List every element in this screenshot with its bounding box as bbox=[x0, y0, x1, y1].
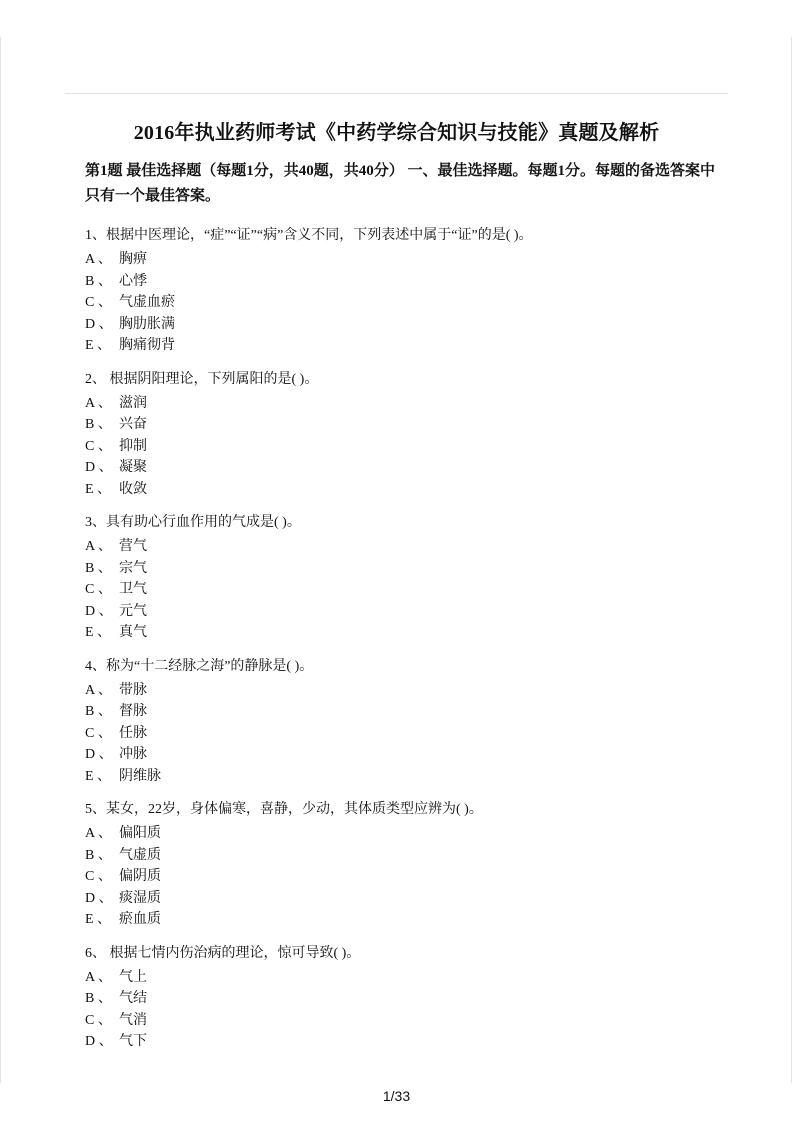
option-letter: E 、 bbox=[85, 909, 119, 931]
header-divider bbox=[65, 93, 728, 94]
question-2: 2、 根据阴阳理论，下列属阳的是( )。 A 、滋润 B 、兴奋 C 、抑制 D… bbox=[85, 369, 725, 501]
option-text: 卫气 bbox=[119, 582, 147, 597]
page-indicator: 1/33 bbox=[0, 1087, 793, 1105]
document-title: 2016年执业药师考试《中药学综合知识与技能》真题及解析 bbox=[0, 119, 793, 147]
option-letter: B 、 bbox=[85, 271, 119, 293]
option-letter: D 、 bbox=[85, 888, 119, 910]
option-letter: A 、 bbox=[85, 536, 119, 558]
option-letter: C 、 bbox=[85, 723, 119, 745]
question-stem: 1、根据中医理论，“症”“证”“病”含义不同，下列表述中属于“证”的是( )。 bbox=[85, 225, 725, 246]
option-a: A 、营气 bbox=[85, 536, 725, 558]
option-letter: D 、 bbox=[85, 457, 119, 479]
option-c: C 、卫气 bbox=[85, 579, 725, 601]
question-stem: 3、具有助心行血作用的气成是( )。 bbox=[85, 512, 725, 533]
option-letter: C 、 bbox=[85, 292, 119, 314]
option-letter: D 、 bbox=[85, 601, 119, 623]
option-b: B 、心悸 bbox=[85, 271, 725, 293]
option-text: 气虚质 bbox=[119, 848, 161, 863]
option-b: B 、宗气 bbox=[85, 558, 725, 580]
option-letter: C 、 bbox=[85, 436, 119, 458]
option-letter: E 、 bbox=[85, 622, 119, 644]
option-b: B 、气结 bbox=[85, 988, 725, 1010]
option-letter: A 、 bbox=[85, 393, 119, 415]
option-text: 兴奋 bbox=[119, 417, 147, 432]
option-text: 宗气 bbox=[119, 561, 147, 576]
option-letter: D 、 bbox=[85, 1031, 119, 1053]
option-letter: E 、 bbox=[85, 335, 119, 357]
question-stem: 5、某女，22岁，身体偏寒，喜静，少动，其体质类型应辨为( )。 bbox=[85, 799, 725, 820]
option-text: 胸肋胀满 bbox=[119, 317, 175, 332]
option-b: B 、兴奋 bbox=[85, 414, 725, 436]
option-text: 冲脉 bbox=[119, 747, 147, 762]
option-text: 心悸 bbox=[119, 274, 147, 289]
option-text: 元气 bbox=[119, 604, 147, 619]
option-letter: B 、 bbox=[85, 988, 119, 1010]
option-c: C 、抑制 bbox=[85, 436, 725, 458]
option-text: 滋润 bbox=[119, 396, 147, 411]
option-text: 气下 bbox=[119, 1034, 147, 1049]
option-text: 任脉 bbox=[119, 726, 147, 741]
option-letter: C 、 bbox=[85, 866, 119, 888]
option-text: 偏阴质 bbox=[119, 869, 161, 884]
question-5: 5、某女，22岁，身体偏寒，喜静，少动，其体质类型应辨为( )。 A 、偏阳质 … bbox=[85, 799, 725, 931]
option-text: 痰湿质 bbox=[119, 891, 161, 906]
option-c: C 、气虚血瘀 bbox=[85, 292, 725, 314]
option-b: B 、气虚质 bbox=[85, 845, 725, 867]
option-e: E 、阴维脉 bbox=[85, 766, 725, 788]
question-stem: 4、称为“十二经脉之海”的静脉是( )。 bbox=[85, 656, 725, 677]
option-text: 带脉 bbox=[119, 683, 147, 698]
option-a: A 、气上 bbox=[85, 967, 725, 989]
option-text: 偏阳质 bbox=[119, 826, 161, 841]
option-d: D 、冲脉 bbox=[85, 744, 725, 766]
option-d: D 、气下 bbox=[85, 1031, 725, 1053]
option-text: 凝聚 bbox=[119, 460, 147, 475]
option-text: 胸痛彻背 bbox=[119, 338, 175, 353]
option-letter: B 、 bbox=[85, 414, 119, 436]
option-letter: C 、 bbox=[85, 579, 119, 601]
option-text: 胸痹 bbox=[119, 252, 147, 267]
option-a: A 、偏阳质 bbox=[85, 823, 725, 845]
option-a: A 、滋润 bbox=[85, 393, 725, 415]
option-letter: A 、 bbox=[85, 823, 119, 845]
option-text: 抑制 bbox=[119, 439, 147, 454]
section-header: 第1题 最佳选择题（每题1分，共40题，共40分） 一、最佳选择题。每题1分。每… bbox=[85, 159, 715, 209]
option-d: D 、元气 bbox=[85, 601, 725, 623]
option-letter: A 、 bbox=[85, 249, 119, 271]
option-letter: D 、 bbox=[85, 744, 119, 766]
option-d: D 、凝聚 bbox=[85, 457, 725, 479]
option-c: C 、任脉 bbox=[85, 723, 725, 745]
option-a: A 、带脉 bbox=[85, 680, 725, 702]
question-6: 6、 根据七情内伤治病的理论，惊可导致( )。 A 、气上 B 、气结 C 、气… bbox=[85, 943, 725, 1053]
option-letter: E 、 bbox=[85, 766, 119, 788]
question-4: 4、称为“十二经脉之海”的静脉是( )。 A 、带脉 B 、督脉 C 、任脉 D… bbox=[85, 656, 725, 788]
option-letter: B 、 bbox=[85, 558, 119, 580]
question-1: 1、根据中医理论，“症”“证”“病”含义不同，下列表述中属于“证”的是( )。 … bbox=[85, 225, 725, 357]
question-3: 3、具有助心行血作用的气成是( )。 A 、营气 B 、宗气 C 、卫气 D 、… bbox=[85, 512, 725, 644]
option-text: 督脉 bbox=[119, 704, 147, 719]
option-letter: B 、 bbox=[85, 845, 119, 867]
question-stem: 2、 根据阴阳理论，下列属阳的是( )。 bbox=[85, 369, 725, 390]
question-stem: 6、 根据七情内伤治病的理论，惊可导致( )。 bbox=[85, 943, 725, 964]
option-letter: B 、 bbox=[85, 701, 119, 723]
option-e: E 、瘀血质 bbox=[85, 909, 725, 931]
option-text: 气结 bbox=[119, 991, 147, 1006]
option-text: 营气 bbox=[119, 539, 147, 554]
option-e: E 、真气 bbox=[85, 622, 725, 644]
option-e: E 、胸痛彻背 bbox=[85, 335, 725, 357]
option-letter: A 、 bbox=[85, 680, 119, 702]
option-d: D 、胸肋胀满 bbox=[85, 314, 725, 336]
option-letter: E 、 bbox=[85, 479, 119, 501]
option-text: 气上 bbox=[119, 970, 147, 985]
option-b: B 、督脉 bbox=[85, 701, 725, 723]
option-text: 瘀血质 bbox=[119, 912, 161, 927]
option-d: D 、痰湿质 bbox=[85, 888, 725, 910]
option-letter: A 、 bbox=[85, 967, 119, 989]
option-text: 阴维脉 bbox=[119, 769, 161, 784]
option-text: 收敛 bbox=[119, 482, 147, 497]
option-letter: D 、 bbox=[85, 314, 119, 336]
option-a: A 、胸痹 bbox=[85, 249, 725, 271]
option-text: 真气 bbox=[119, 625, 147, 640]
option-text: 气虚血瘀 bbox=[119, 295, 175, 310]
option-text: 气消 bbox=[119, 1013, 147, 1028]
option-letter: C 、 bbox=[85, 1010, 119, 1032]
option-c: C 、偏阴质 bbox=[85, 866, 725, 888]
option-c: C 、气消 bbox=[85, 1010, 725, 1032]
question-list: 1、根据中医理论，“症”“证”“病”含义不同，下列表述中属于“证”的是( )。 … bbox=[85, 225, 725, 1065]
option-e: E 、收敛 bbox=[85, 479, 725, 501]
